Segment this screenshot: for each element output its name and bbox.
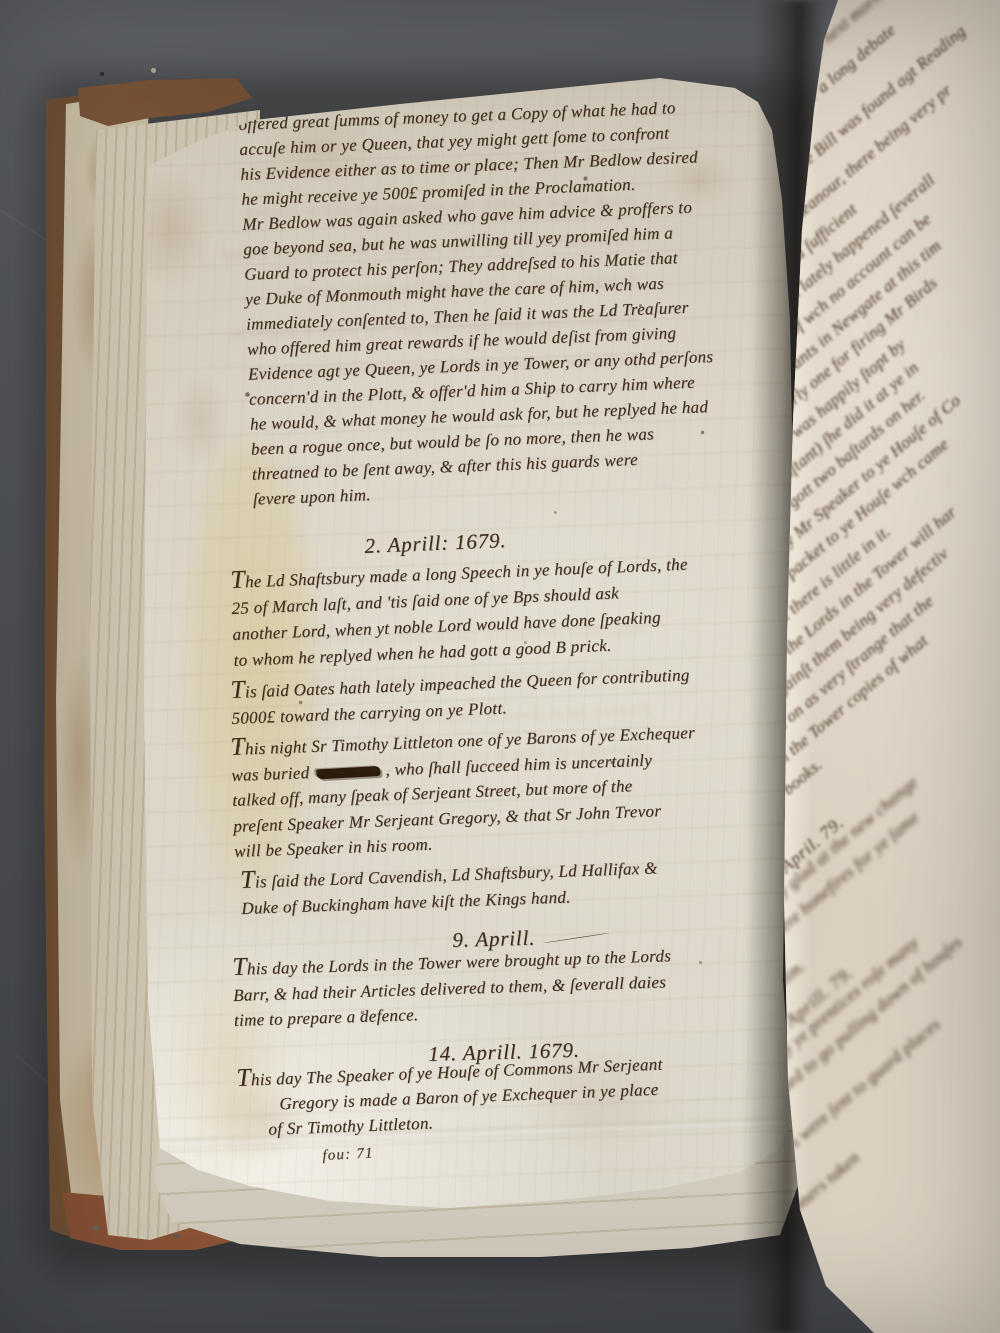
manuscript-paragraph: offered great ſumms of money to get a Co… (238, 91, 813, 512)
manuscript-entry: This night Sr Timothy Littleton one of y… (230, 716, 799, 864)
manuscript-line-part: was buried (231, 763, 310, 785)
manuscript-photo: offered great ſumms of money to get a Co… (0, 0, 1000, 1333)
date-heading: 2. Aprill: 1679. (364, 528, 507, 559)
manuscript-entry: The Ld Shaftsbury made a long Speech in … (230, 548, 794, 674)
backdrop-speck-light (151, 68, 156, 73)
manuscript-entry: This day the Lords in the Tower were bro… (232, 939, 794, 1033)
ink-blot-strikethrough (316, 765, 380, 778)
folio-note: fou: 71 (322, 1145, 374, 1165)
ink-specks (0, 0, 1, 1)
